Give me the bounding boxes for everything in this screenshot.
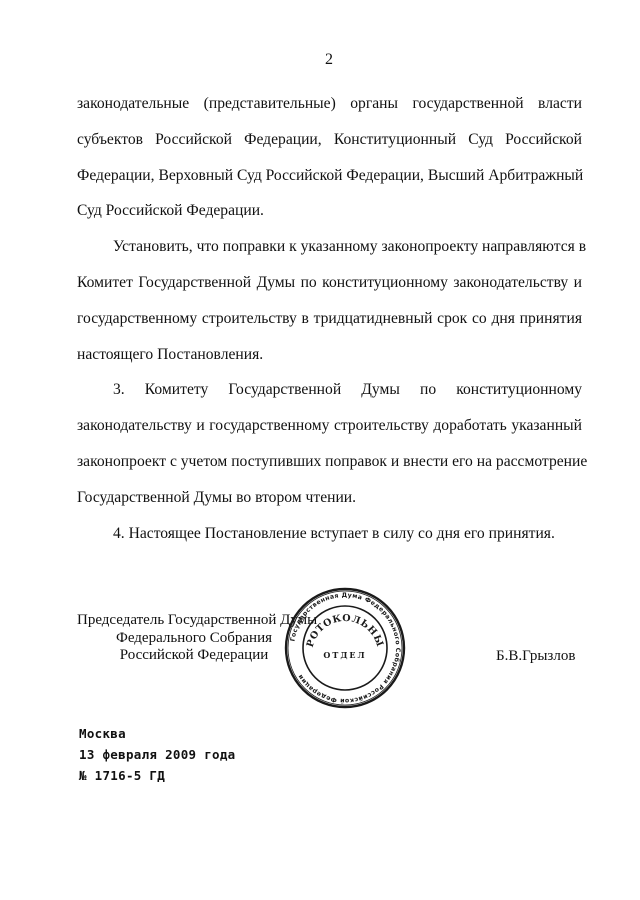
stamp-outer-text: Государственная Дума Федерального Собран… xyxy=(289,592,401,705)
svg-text:Государственная Дума Федеральн: Государственная Дума Федерального Собран… xyxy=(289,592,401,705)
paragraph-item-3: 3. Комитету Государственной Думы по конс… xyxy=(77,372,582,515)
text-line: законодательные (представительные) орган… xyxy=(77,86,582,122)
document-footer: Москва 13 февраля 2009 года № 1716-5 ГД xyxy=(79,723,236,786)
official-stamp-icon: Государственная Дума Федерального Собран… xyxy=(283,586,407,710)
page-number: 2 xyxy=(0,51,640,69)
footer-number: № 1716-5 ГД xyxy=(79,765,236,786)
text-line: 3. Комитету Государственной Думы по конс… xyxy=(77,372,582,408)
paragraph-continuation: законодательные (представительные) орган… xyxy=(77,86,582,229)
text-line: Суд Российской Федерации. xyxy=(77,193,582,229)
text-line: настоящего Постановления. xyxy=(77,337,582,373)
text-line: государственному строительству в тридцат… xyxy=(77,301,582,337)
signature-title: Председатель Государственной Думы Федера… xyxy=(77,612,311,665)
signature-title-line: Федерального Собрания xyxy=(77,630,311,648)
text-line: Комитет Государственной Думы по конститу… xyxy=(77,265,582,301)
footer-city: Москва xyxy=(79,723,236,744)
footer-date: 13 февраля 2009 года xyxy=(79,744,236,765)
document-body: законодательные (представительные) орган… xyxy=(77,86,582,551)
text-line: Установить, что поправки к указанному за… xyxy=(77,229,582,265)
signature-title-line: Российской Федерации xyxy=(77,647,311,665)
stamp-center-text: ОТДЕЛ xyxy=(323,650,366,660)
paragraph-item-4: 4. Настоящее Постановление вступает в си… xyxy=(77,516,582,552)
text-line: законопроект с учетом поступивших поправ… xyxy=(77,444,582,480)
text-line: Государственной Думы во втором чтении. xyxy=(77,480,582,516)
signature-title-line: Председатель Государственной Думы xyxy=(77,612,311,630)
paragraph-amendments-deadline: Установить, что поправки к указанному за… xyxy=(77,229,582,372)
signatory-name: Б.В.Грызлов xyxy=(496,648,575,665)
text-line: 4. Настоящее Постановление вступает в си… xyxy=(77,516,582,552)
text-line: законодательству и государственному стро… xyxy=(77,408,582,444)
text-line: субъектов Российской Федерации, Конститу… xyxy=(77,122,582,158)
text-line: Федерации, Верховный Суд Российской Феде… xyxy=(77,158,582,194)
